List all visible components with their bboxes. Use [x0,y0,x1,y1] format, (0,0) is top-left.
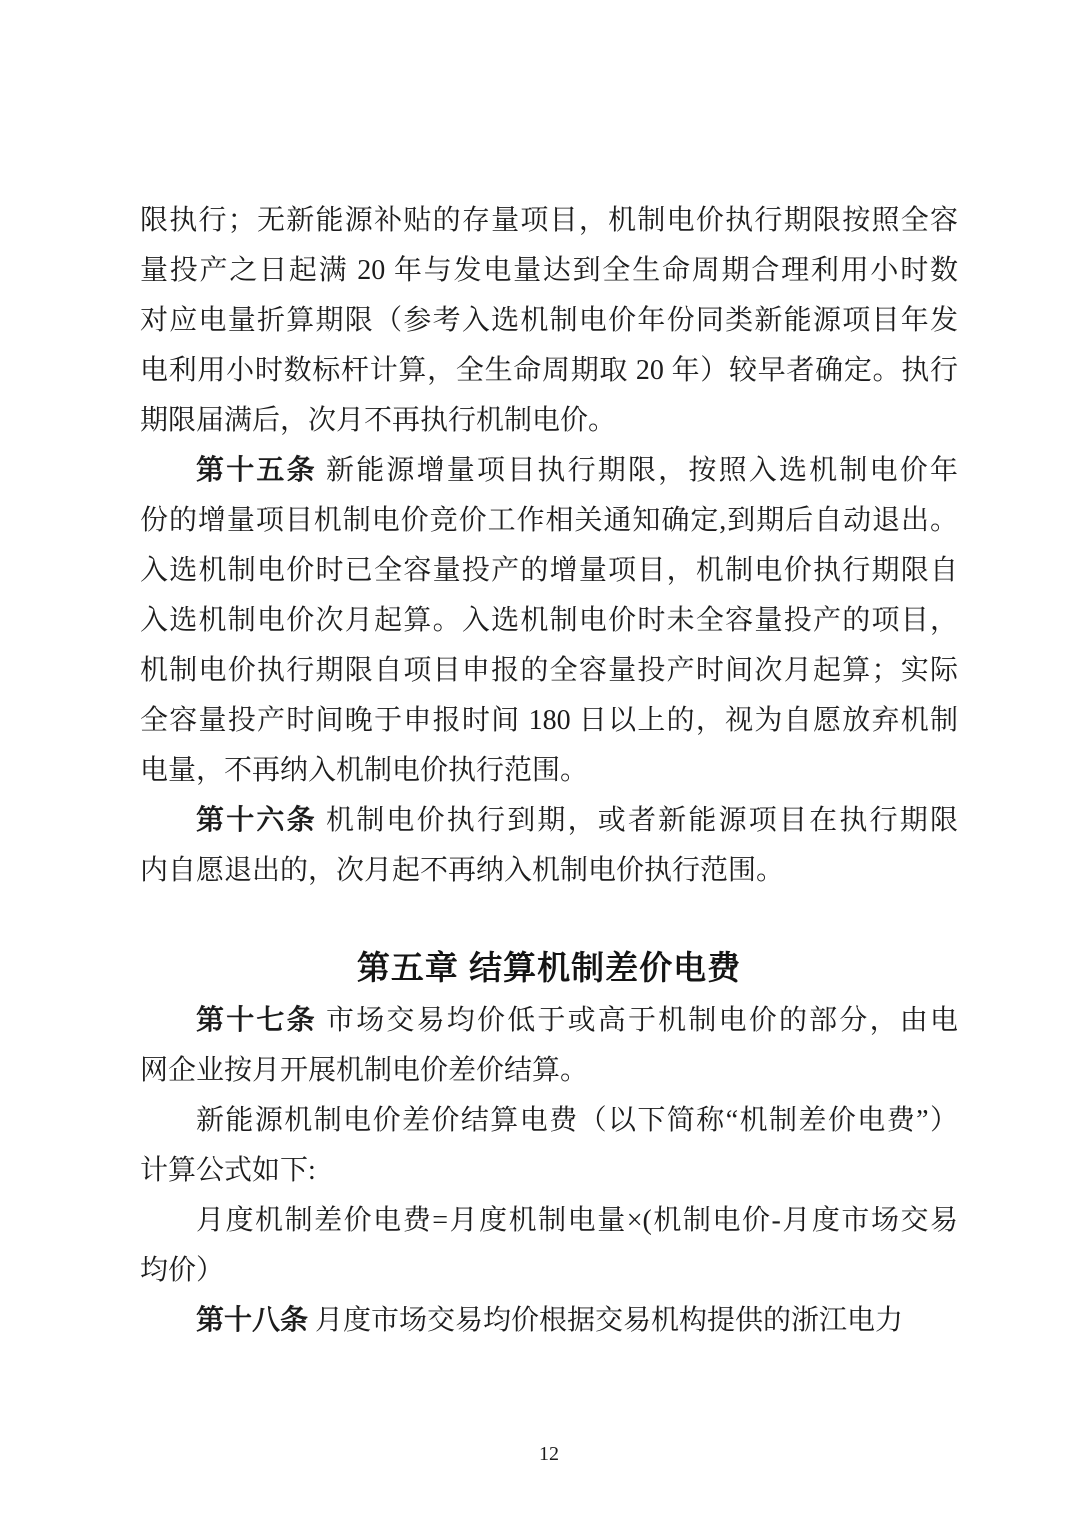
paragraph: 第十七条 市场交易均价低于或高于机制电价的部分，由电网企业按月开展机制电价差价结… [140,996,958,1096]
document-page: 限执行；无新能源补贴的存量项目，机制电价执行期限按照全容量投产之日起满 20 年… [0,0,1080,1527]
document-body: 限执行；无新能源补贴的存量项目，机制电价执行期限按照全容量投产之日起满 20 年… [140,196,958,1346]
text-line: 第十七条 市场交易均价低于或高于机制电价的部分，由电 [140,996,958,1046]
text-line: 第十八条 月度市场交易均价根据交易机构提供的浙江电力 [140,1296,958,1346]
text-line: 第十五条 新能源增量项目执行期限，按照入选机制电价年 [140,446,958,496]
text-segment: 新能源增量项目执行期限，按照入选机制电价年 [317,455,958,486]
text-segment: 月度市场交易均价根据交易机构提供的浙江电力 [308,1305,903,1336]
text-line: 新能源机制电价差价结算电费（以下简称“机制差价电费”） [140,1096,958,1146]
text-line: 电量，不再纳入机制电价执行范围。 [140,746,958,796]
text-line: 份的增量项目机制电价竞价工作相关通知确定,到期后自动退出。 [140,496,958,546]
text-line: 限执行；无新能源补贴的存量项目，机制电价执行期限按照全容 [140,196,958,246]
text-line: 机制电价执行期限自项目申报的全容量投产时间次月起算；实际 [140,646,958,696]
paragraph: 月度机制差价电费=月度机制电量×(机制电价-月度市场交易均价） [140,1196,958,1296]
text-line: 网企业按月开展机制电价差价结算。 [140,1046,958,1096]
page-number: 12 [140,1442,958,1466]
paragraph: 第十五条 新能源增量项目执行期限，按照入选机制电价年份的增量项目机制电价竞价工作… [140,446,958,796]
text-line: 电利用小时数标杆计算，全生命周期取 20 年）较早者确定。执行 [140,346,958,396]
text-line: 全容量投产时间晚于申报时间 180 日以上的，视为自愿放弃机制 [140,696,958,746]
paragraph: 第十八条 月度市场交易均价根据交易机构提供的浙江电力 [140,1296,958,1346]
article-number: 第十七条 [196,1005,317,1036]
text-line: 月度机制差价电费=月度机制电量×(机制电价-月度市场交易 [140,1196,958,1246]
text-line: 计算公式如下: [140,1146,958,1196]
text-line: 内自愿退出的，次月起不再纳入机制电价执行范围。 [140,846,958,896]
text-line: 第十六条 机制电价执行到期，或者新能源项目在执行期限 [140,796,958,846]
paragraph: 新能源机制电价差价结算电费（以下简称“机制差价电费”）计算公式如下: [140,1096,958,1196]
article-number: 第十八条 [196,1305,308,1336]
text-line: 入选机制电价次月起算。入选机制电价时未全容量投产的项目， [140,596,958,646]
article-number: 第十五条 [196,455,317,486]
text-line: 量投产之日起满 20 年与发电量达到全生命周期合理利用小时数 [140,246,958,296]
text-line: 期限届满后，次月不再执行机制电价。 [140,396,958,446]
text-line: 均价） [140,1246,958,1296]
text-segment: 市场交易均价低于或高于机制电价的部分，由电 [317,1005,958,1036]
paragraph: 第十六条 机制电价执行到期，或者新能源项目在执行期限内自愿退出的，次月起不再纳入… [140,796,958,896]
text-line: 对应电量折算期限（参考入选机制电价年份同类新能源项目年发 [140,296,958,346]
text-line: 入选机制电价时已全容量投产的增量项目，机制电价执行期限自 [140,546,958,596]
chapter-heading: 第五章 结算机制差价电费 [140,940,958,996]
paragraph: 限执行；无新能源补贴的存量项目，机制电价执行期限按照全容量投产之日起满 20 年… [140,196,958,446]
article-number: 第十六条 [196,805,317,836]
text-segment: 机制电价执行到期，或者新能源项目在执行期限 [317,805,958,836]
